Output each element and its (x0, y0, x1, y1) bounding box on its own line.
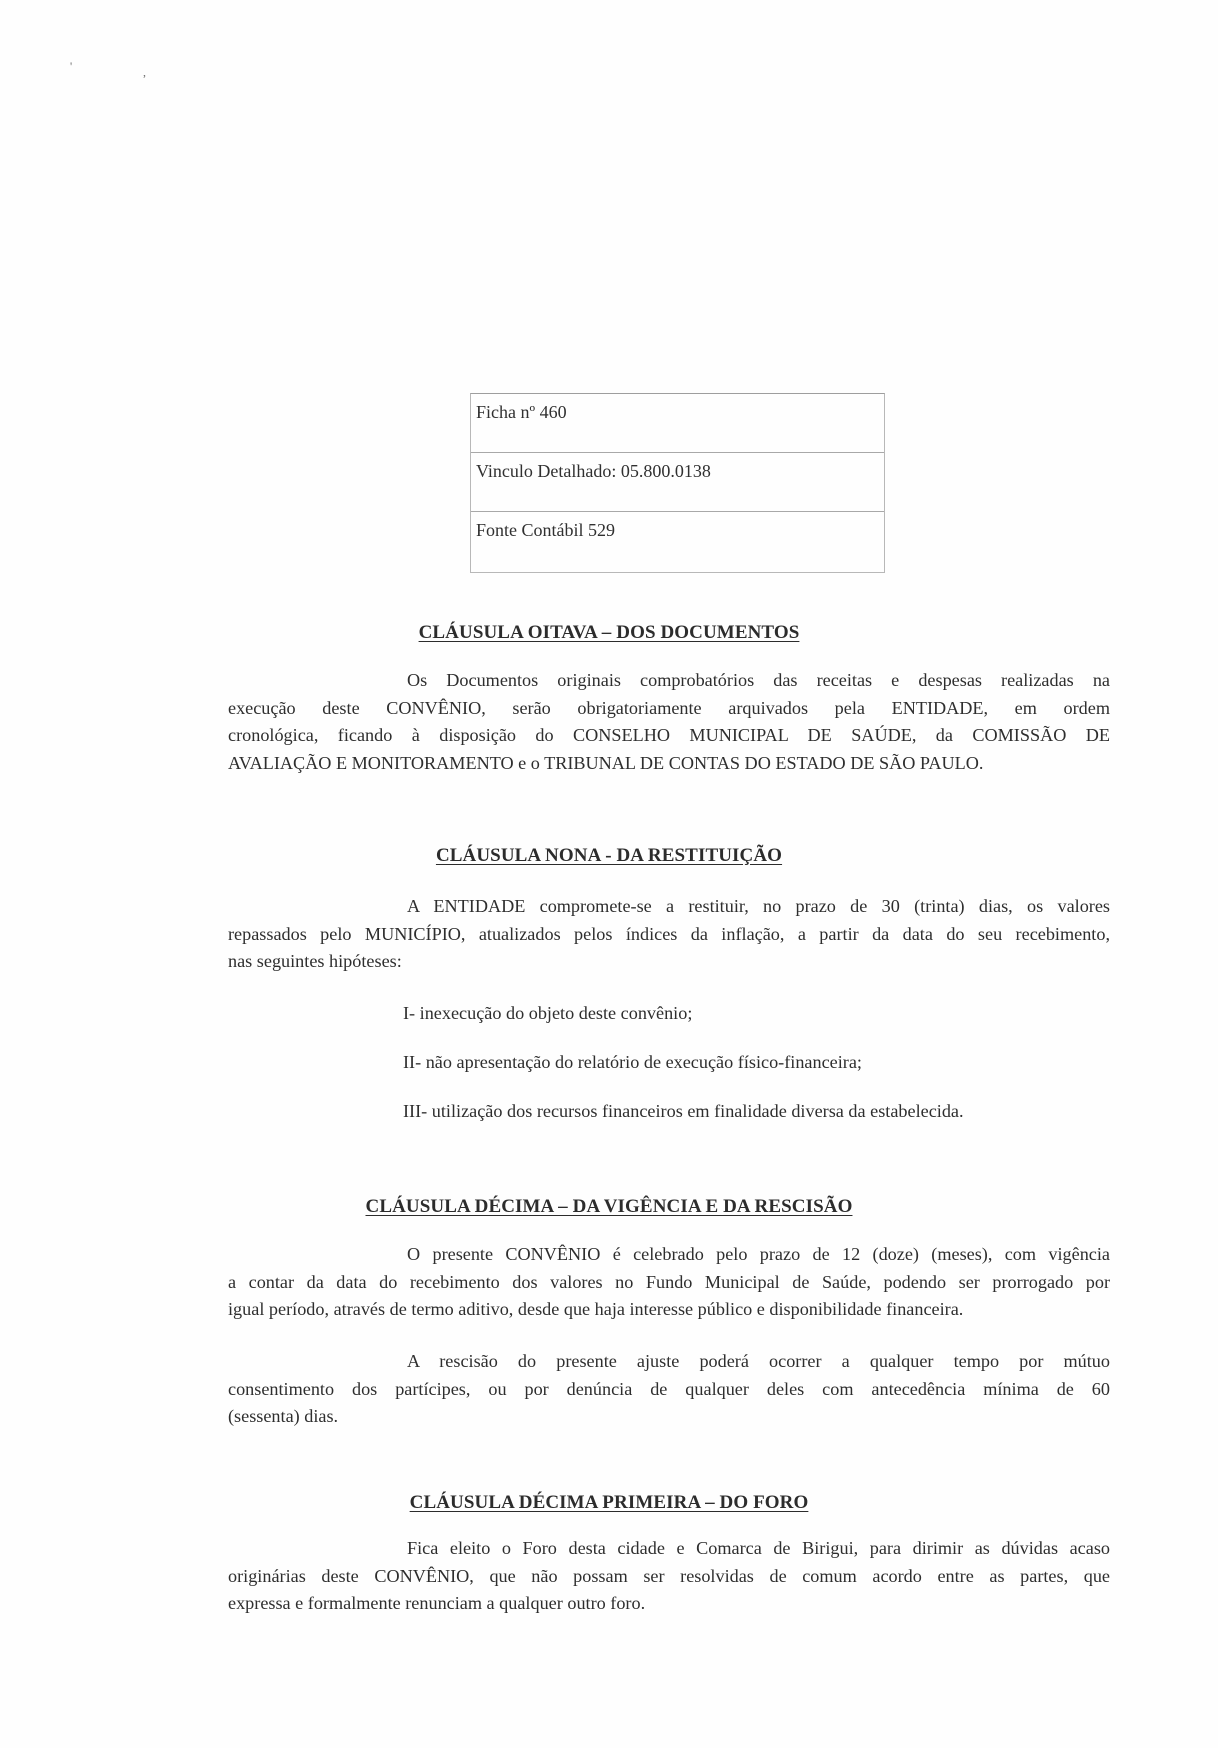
text-line: O presente CONVÊNIO é celebrado pelo pra… (407, 1244, 1110, 1264)
clause-oitava-paragraph: Os Documentos originais comprobatórios d… (228, 667, 1110, 777)
clause-title-decima-primeira: CLÁUSULA DÉCIMA PRIMEIRA – DO FORO (0, 1492, 1218, 1514)
clause-decima-paragraph-2: A rescisão do presente ajuste poderá oco… (228, 1348, 1110, 1431)
clause-nona-paragraph: A ENTIDADE compromete-se a restituir, no… (228, 893, 1110, 976)
scan-mark: , (143, 66, 146, 78)
text-line: Fica eleito o Foro desta cidade e Comarc… (407, 1538, 1110, 1558)
text-line: AVALIAÇÃO E MONITORAMENTO e o TRIBUNAL D… (228, 750, 1110, 778)
hypothesis-item-2: II- não apresentação do relatório de exe… (403, 1052, 862, 1073)
text-line: a contar da data do recebimento dos valo… (228, 1269, 1110, 1297)
text-line: repassados pelo MUNICÍPIO, atualizados p… (228, 921, 1110, 949)
text-line: execução deste CONVÊNIO, serão obrigator… (228, 695, 1110, 723)
document-page: ' , Ficha nº 460 Vinculo Detalhado: 05.8… (0, 0, 1218, 1748)
text-line: cronológica, ficando à disposição do CON… (228, 722, 1110, 750)
text-line: consentimento dos partícipes, ou por den… (228, 1376, 1110, 1404)
text-line: expressa e formalmente renunciam a qualq… (228, 1590, 1110, 1618)
scan-mark: ' (70, 60, 72, 72)
fonte-contabil: Fonte Contábil 529 (471, 512, 884, 572)
text-line: Os Documentos originais comprobatórios d… (407, 670, 1110, 690)
text-line: igual período, através de termo aditivo,… (228, 1296, 1110, 1324)
hypothesis-item-3: III- utilização dos recursos financeiros… (403, 1101, 964, 1122)
vinculo-detalhado: Vinculo Detalhado: 05.800.0138 (471, 453, 884, 512)
hypothesis-item-1: I- inexecução do objeto deste convênio; (403, 1003, 692, 1024)
text-line: nas seguintes hipóteses: (228, 948, 1110, 976)
clause-title-oitava: CLÁUSULA OITAVA – DOS DOCUMENTOS (0, 622, 1218, 644)
clause-decima-paragraph-1: O presente CONVÊNIO é celebrado pelo pra… (228, 1241, 1110, 1324)
clause-title-nona: CLÁUSULA NONA - DA RESTITUIÇÃO (0, 845, 1218, 867)
text-line: originárias deste CONVÊNIO, que não poss… (228, 1563, 1110, 1591)
text-line: A ENTIDADE compromete-se a restituir, no… (407, 896, 1110, 916)
budget-info-box: Ficha nº 460 Vinculo Detalhado: 05.800.0… (470, 393, 885, 573)
text-line: (sessenta) dias. (228, 1403, 1110, 1431)
text-line: A rescisão do presente ajuste poderá oco… (407, 1351, 1110, 1371)
clause-decima-primeira-paragraph: Fica eleito o Foro desta cidade e Comarc… (228, 1535, 1110, 1618)
clause-title-decima: CLÁUSULA DÉCIMA – DA VIGÊNCIA E DA RESCI… (0, 1196, 1218, 1218)
ficha-number: Ficha nº 460 (471, 394, 884, 453)
